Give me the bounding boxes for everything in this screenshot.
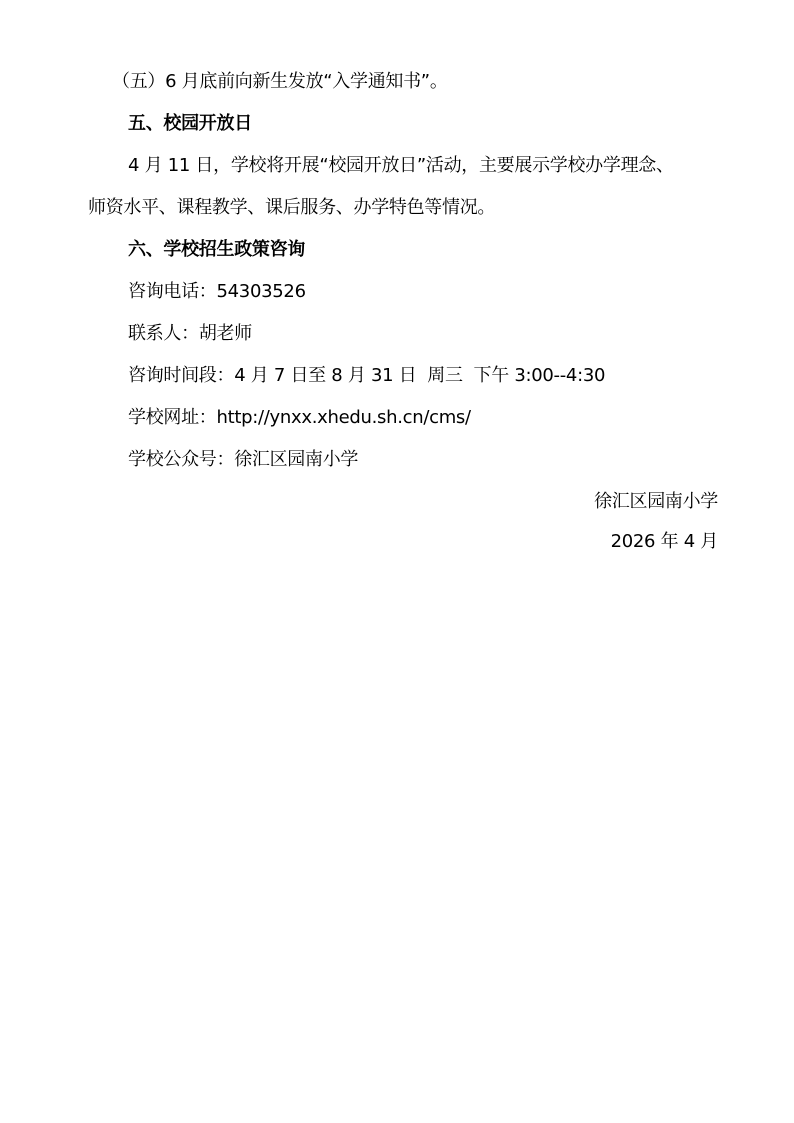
hours-value: 4 月 7 日至 8 月 31 日 周三 下午 3:00--4:30 [234, 365, 605, 386]
phone-value: 54303526 [217, 281, 306, 302]
website-row: 学校网址：http://ynxx.xhedu.sh.cn/cms/ [128, 406, 471, 430]
contact-value: 胡老师 [199, 323, 252, 344]
phone-label: 咨询电话： [128, 281, 217, 302]
section-5-paragraph-line2: 师资水平、课程教学、课后服务、办学特色等情况。 [88, 196, 495, 220]
website-link[interactable]: http://ynxx.xhedu.sh.cn/cms/ [217, 407, 471, 428]
signature-org: 徐汇区园南小学 [594, 490, 718, 514]
signature-date: 2026 年 4 月 [611, 530, 718, 554]
hours-label: 咨询时间段： [128, 365, 234, 386]
section-5-heading: 五、校园开放日 [128, 112, 252, 136]
section-6-heading: 六、学校招生政策咨询 [128, 238, 305, 262]
website-label: 学校网址： [128, 407, 217, 428]
section-5-paragraph-line1: 4 月 11 日，学校将开展“校园开放日”活动，主要展示学校办学理念、 [128, 154, 674, 178]
phone-row: 咨询电话：54303526 [128, 280, 306, 304]
hours-row: 咨询时间段：4 月 7 日至 8 月 31 日 周三 下午 3:00--4:30 [128, 364, 605, 388]
wechat-value: 徐汇区园南小学 [234, 449, 358, 470]
wechat-label: 学校公众号： [128, 449, 234, 470]
contact-label: 联系人： [128, 323, 199, 344]
item-5-text: （五）6 月底前向新生发放“入学通知书”。 [112, 70, 448, 94]
contact-row: 联系人：胡老师 [128, 322, 252, 346]
wechat-row: 学校公众号：徐汇区园南小学 [128, 448, 358, 472]
